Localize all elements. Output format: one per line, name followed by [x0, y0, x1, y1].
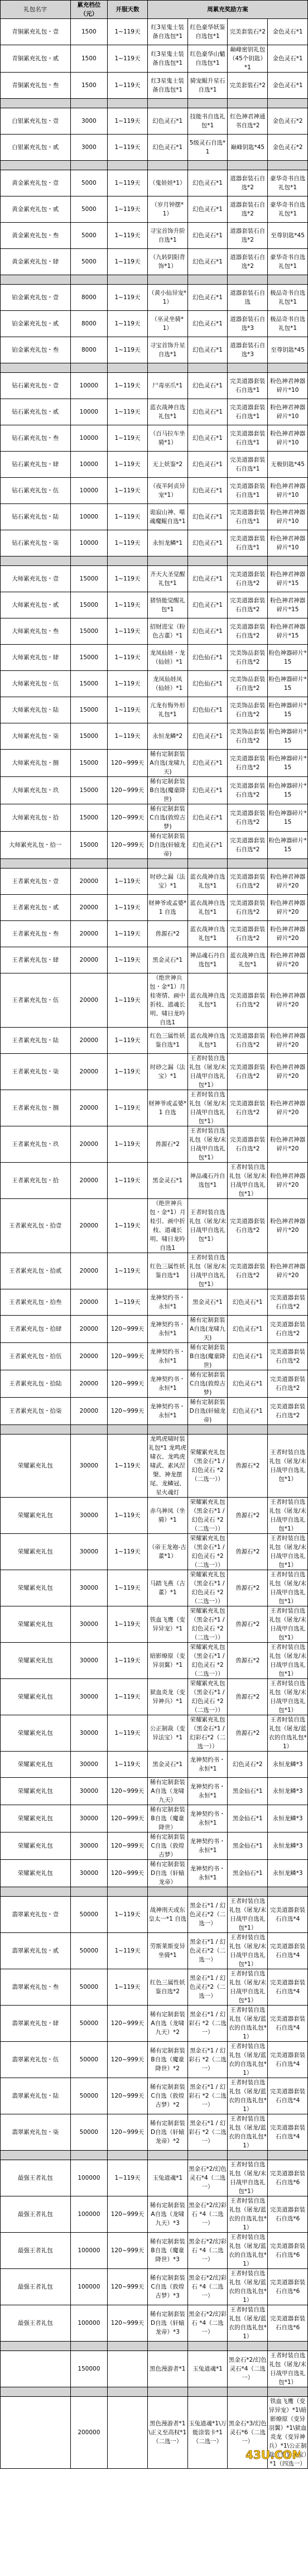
separator-cell [70, 2387, 108, 2397]
reward-1-cell: 招财进宝（粉色古董）*1 [147, 618, 187, 645]
package-name-cell: 荣耀累充礼包 [1, 1805, 71, 1833]
separator-cell [228, 2387, 268, 2397]
separator-cell [268, 2151, 308, 2160]
reward-4-cell: 粉色神君神器碎片*10 [268, 504, 308, 530]
reward-3-cell: 蓝衣战神自选礼包*1 [228, 947, 268, 973]
reward-3-cell: 幻色灵石*1 [228, 1370, 268, 1398]
reward-1-cell: 狱血炎龙（变异神兵）*1 [147, 1679, 187, 1715]
table-row: 翡翠累充礼包・壹500001~119天战神刑天或东皇太一*1 自选黑金石*1 /… [1, 1897, 308, 1933]
header-days: 开服天数 [108, 1, 148, 19]
reward-2-cell: 幻色灵石*1 [187, 425, 228, 452]
separator-cell [268, 1425, 308, 1435]
tier-amount-cell: 100000 [70, 2160, 108, 2196]
reward-4-cell: 粉色神君神器碎片*15 [268, 592, 308, 618]
table-row: 钻石累充礼包・伍100001~119天（夜半阿贞异宠*1）幻色灵石*1完美道器套… [1, 478, 308, 504]
reward-4-cell: 豪华奇书自选礼包*1 [268, 196, 308, 223]
tier-amount-cell: 50000 [70, 2078, 108, 2114]
server-days-cell: 1~119天 [108, 1570, 148, 1606]
package-name-cell: 大师累充礼包・肆 [1, 645, 71, 671]
reward-2-cell: 稀有定制套装C自选(敦煌古梦) [187, 1370, 228, 1398]
server-days-cell: 1~119天 [108, 1435, 148, 1498]
table-row: 荣耀累充礼包300001~119天狱血炎龙（变异神兵）*1荣耀累充礼包（黑金石*… [1, 1679, 308, 1715]
tier-amount-cell: 1500 [70, 45, 108, 73]
server-days-cell: 1~119天 [108, 399, 148, 425]
tier-amount-cell: 20000 [70, 869, 108, 895]
reward-2-cell: 幻色灵石*1 [187, 832, 228, 859]
reward-1-cell: 稀有定制套装D自选(轩辕龙帝) [147, 832, 187, 859]
reward-1-cell: 稀有定制套装C自选（敦煌古梦）*2 [147, 2078, 187, 2114]
tier-amount-cell: 100000 [70, 2269, 108, 2305]
reward-2-cell: 幻色灵石*1 [187, 592, 228, 618]
tier-amount-cell: 15000 [70, 777, 108, 804]
separator-cell [268, 557, 308, 566]
reward-4-cell: 永恒龙鳞*3 [268, 1833, 308, 1860]
group-separator-row [1, 363, 308, 373]
reward-2-cell: 荣耀累充礼包（黑金石*1 /幻色灵石 *2（二选一）） [187, 1679, 228, 1715]
reward-1-cell: （帝王龙袍-古董*1） [147, 1534, 187, 1570]
server-days-cell: 1~119天 [108, 108, 148, 135]
package-name-cell: 荣耀累充礼包 [1, 1833, 71, 1860]
reward-4-cell: 王者时装自选礼包（屠龙/末日战甲自选礼包*1） [268, 1435, 308, 1498]
server-days-cell: 1~119天 [108, 1715, 148, 1752]
tier-amount-cell: 5000 [70, 223, 108, 249]
reward-2-cell: 幻色灵石*1 [187, 249, 228, 275]
tier-amount-cell: 30000 [70, 1643, 108, 1679]
server-days-cell: 120~999天 [108, 832, 148, 859]
tier-amount-cell: 20000 [70, 1090, 108, 1126]
table-row: 钻石累充礼包・肆100001~119天无上妖鉴*2幻色灵石*1完美道器套装石自选… [1, 452, 308, 478]
tier-amount-cell: 3000 [70, 108, 108, 135]
reward-2-cell: 荣耀累充礼包（黑金石*1 /幻色灵石 *2（二选一）） [187, 1643, 228, 1679]
reward-4-cell: 粉色神君神器碎片*20 [268, 1163, 308, 1199]
tier-amount-cell: 8000 [70, 311, 108, 337]
tier-amount-cell: 50000 [70, 2042, 108, 2078]
table-row: 大师累充礼包・壹150001~119天齐天大圣觉醒礼包*1幻色灵石*1完美道器套… [1, 566, 308, 592]
reward-2-cell: 幻色灵石*1 [187, 723, 228, 750]
reward-4-cell: 永恒龙鳞*3 [268, 1778, 308, 1805]
reward-1-cell: 龙神契约书・永恒*1 [147, 1289, 187, 1316]
reward-3-cell: 王者时装自选礼包（屠龙/蓝衣的自选礼包*1） [228, 2233, 268, 2269]
reward-3-cell: 完美道器套装石自选*1 [228, 478, 268, 504]
reward-1-cell: 财神爷或孟婆*1 自选 [147, 1090, 187, 1126]
server-days-cell: 120~999天 [108, 2269, 148, 2305]
table-row: 王者累充礼包・伍200001~119天（绝世神兵包・金*1）月桂寄情、画中折枝、… [1, 973, 308, 1028]
reward-2-cell: 幻色灵石*1 [187, 223, 228, 249]
reward-4-cell: 粉色神君神器碎片*10 [268, 373, 308, 399]
table-row: 王者累充礼包・拾伍20000120~999天龙神契约书・永恒*1稀有定制套装B自… [1, 1343, 308, 1370]
table-row: 最强王者礼包1000001~119天玉兔道魂*1黑金石*2/幻色灵石*4（二选一… [1, 2160, 308, 2196]
reward-1-cell: 铁血飞鹰（变异异宠）*1 [147, 1606, 187, 1643]
server-days-cell: 1~119天 [108, 1163, 148, 1199]
reward-1-cell: 黑金灵石*1 [147, 947, 187, 973]
tier-amount-cell: 5000 [70, 170, 108, 196]
reward-3-cell: 完美道器套装石自选*2 [228, 895, 268, 921]
server-days-cell: 1~119天 [108, 223, 148, 249]
separator-cell [187, 859, 228, 869]
table-row: 大师累充礼包・叁150001~119天招财进宝（粉色古董）*1幻色灵石*1完美道… [1, 618, 308, 645]
separator-cell [187, 1887, 228, 1897]
tier-amount-cell: 20000 [70, 1316, 108, 1343]
tier-amount-cell: 15000 [70, 592, 108, 618]
separator-cell [70, 1887, 108, 1897]
group-separator-row [1, 99, 308, 108]
reward-2-cell: 龙神契约书・永恒*1 [187, 1778, 228, 1805]
separator-cell [108, 1887, 148, 1897]
reward-1-cell: （九转阴阳背饰*1） [147, 249, 187, 275]
package-name-cell: 黄金累充礼包・壹 [1, 170, 71, 196]
reward-1-cell: （岁月钟摆*1） [147, 196, 187, 223]
server-days-cell: 1~119天 [108, 1199, 148, 1253]
reward-3-cell: 黑金仙石*1 [228, 1778, 268, 1805]
separator-cell [108, 161, 148, 170]
reward-1-cell: 稀有定制套装A自选（龙啸九天） [147, 1778, 187, 1805]
reward-4-cell: 金色灵石*2 [268, 135, 308, 161]
reward-1-cell: 稀有定制套装D自选（轩辕龙帝）*2 [147, 2114, 187, 2151]
reward-1-cell: 红3星鬼士装备自选包*1 [147, 45, 187, 73]
tier-amount-cell: 100000 [70, 2305, 108, 2342]
package-name-cell: 大师累充礼包・陆 [1, 697, 71, 723]
reward-4-cell: 粉色神器碎片*15 [268, 777, 308, 804]
server-days-cell: 120~999天 [108, 1370, 148, 1398]
reward-1-cell: 兽源石*2 [147, 921, 187, 947]
table-row: 荣耀累充礼包30000120~999天稀有定制套装B自选（魔童降世）龙神契约书・… [1, 1805, 308, 1833]
reward-3-cell: 兽源石*2 [228, 1715, 268, 1752]
table-row: 青铜累充礼包・叁15001~119天红3星鬼士装备自选包*1骑宠鲲升星石自选*1… [1, 73, 308, 99]
package-name-cell: 翡翠累充礼包・柒 [1, 2114, 71, 2151]
reward-2-cell: 红色豪华妖鉴自选包*1 [187, 19, 228, 45]
separator-cell [187, 557, 228, 566]
tier-amount-cell: 200000 [70, 2397, 108, 2469]
reward-4-cell: 完美道器套装石自选*6 [268, 2233, 308, 2269]
reward-1-cell: 寻宝首饰升星自选*1 [147, 337, 187, 363]
tier-amount-cell: 30000 [70, 1435, 108, 1498]
table-row: 大师累充礼包・玖15000120~999天稀有定制套装B自选(魔童降世)幻色灵石… [1, 777, 308, 804]
package-name-cell: 王者累充礼包・伍 [1, 973, 71, 1028]
package-name-cell: 王者累充礼包・拾壹 [1, 1199, 71, 1253]
reward-4-cell: 粉色神君神器碎片*10 [268, 399, 308, 425]
reward-2-cell: 幻色灵石*1 [187, 478, 228, 504]
separator-cell [268, 859, 308, 869]
package-name-cell [1, 2397, 71, 2469]
package-name-cell: 最强王者礼包 [1, 2269, 71, 2305]
reward-1-cell: 幻色灵石*1 [147, 135, 187, 161]
package-name-cell: 王者累充礼包・拾贰 [1, 1253, 71, 1289]
reward-3-cell: 完美道器套装石自选*2 [228, 1054, 268, 1090]
tier-amount-cell: 100000 [70, 2233, 108, 2269]
reward-1-cell: （鬼娃娃*1） [147, 170, 187, 196]
reward-2-cell: 蓝衣战神自选礼包*1 [187, 1028, 228, 1054]
reward-4-cell: 粉色神君神器碎片*15 [268, 566, 308, 592]
reward-2-cell: 幻色灵石*1 [187, 285, 228, 311]
reward-2-cell: 荣耀累充礼包（黑金石*1 /幻色灵石 *2（二选一）） [187, 1435, 228, 1498]
reward-2-cell: 幻色灵石*1 [187, 452, 228, 478]
reward-2-cell: 玉兔道魂*1\万能涂装卡*1（二选一） [187, 2397, 228, 2469]
reward-2-cell: 荣耀累充礼包（黑金石*1 /幻色灵石 *2（二选一）） [187, 1534, 228, 1570]
separator-cell [108, 2342, 148, 2351]
table-body: 青铜累充礼包・壹15001~119天红3星鬼士装备自选包*1红色豪华妖鉴自选包*… [1, 19, 308, 2469]
reward-4-cell: 完美道器套装石自选*4 [268, 2114, 308, 2151]
table-row: 钻石累充礼包・柒100001~119天永恒龙鳞*1幻色灵石*1完美道器套装石自选… [1, 530, 308, 557]
table-row: 黄金累充礼包・壹50001~119天（鬼娃娃*1）幻色灵石*1道器套装石自选*2… [1, 170, 308, 196]
reward-3-cell: 黑金石*2/幻色灵石*4（二选一） [228, 2351, 268, 2387]
reward-3-cell: 巅峰钥匙*45 [228, 135, 268, 161]
server-days-cell: 120~999天 [108, 1398, 148, 1425]
reward-1-cell: 财神爷或孟婆*1 自选 [147, 895, 187, 921]
reward-4-cell: 粉色神君神器碎片*20 [268, 1054, 308, 1090]
package-name-cell: 翡翠累充礼包・壹 [1, 1897, 71, 1933]
reward-4-cell: 极品奇书自选礼包*1 [268, 285, 308, 311]
separator-cell [108, 2151, 148, 2160]
package-name-cell: 王者累充礼包・拾陆 [1, 1370, 71, 1398]
reward-1-cell: 永恒龙鳞*2 [147, 723, 187, 750]
reward-3-cell: 完美道器套装石自选*2 [228, 1253, 268, 1289]
tier-amount-cell: 20000 [70, 1370, 108, 1398]
reward-1-cell: 蓝衣战神自选礼包*1 [147, 399, 187, 425]
reward-2-cell: 王者时装自选礼包（屠龙/末日战甲自选礼包*1） [187, 1253, 228, 1289]
separator-cell [228, 363, 268, 373]
package-name-cell: 黄金累充礼包・肆 [1, 249, 71, 275]
reward-2-cell: 荣耀累充礼包（黑金石*1 /幻色灵石 *2（二选一）） [187, 1570, 228, 1606]
server-days-cell: 1~119天 [108, 1090, 148, 1126]
separator-cell [187, 1425, 228, 1435]
server-days-cell: 1~119天 [108, 1028, 148, 1054]
reward-3-cell: 完美道器套装石自选*2 [228, 1126, 268, 1163]
reward-3-cell: 完美道器套装石自选*1 [228, 504, 268, 530]
reward-3-cell: 完美道器套装石自选*2 [228, 921, 268, 947]
table-row: 大师累充礼包・陆150001~119天亢龙有悔外形礼包*1幻色仙石*1完美饰品套… [1, 697, 308, 723]
reward-3-cell: 完美道器套装石自选*1 [228, 399, 268, 425]
tier-amount-cell: 20000 [70, 1028, 108, 1054]
reward-1-cell: 稀有定制套装C自选(敦煌古梦) [147, 804, 187, 832]
reward-3-cell: 红色神君神通书自选*2 [228, 108, 268, 135]
reward-1-cell: 稀有定制套装C自选（敦煌古梦）*3 [147, 2269, 187, 2305]
separator-cell [108, 99, 148, 108]
tier-amount-cell: 15000 [70, 804, 108, 832]
separator-cell [268, 161, 308, 170]
tier-amount-cell: 10000 [70, 373, 108, 399]
table-header-row: 礼包名字 累充档位（元） 开服天数 周累充奖励方案 [1, 1, 308, 19]
reward-4-cell: 无极钥匙*45 [268, 452, 308, 478]
table-row: 荣耀累充礼包30000120~999天稀有定制套装A自选（龙啸九天）龙神契约书・… [1, 1778, 308, 1805]
separator-cell [70, 99, 108, 108]
reward-2-cell: 幻色灵石*1 [187, 399, 228, 425]
package-name-cell: 王者累充礼包・肆 [1, 947, 71, 973]
reward-3-cell: 完美套装石*2 [228, 19, 268, 45]
server-days-cell: 1~119天 [108, 1933, 148, 1969]
tier-amount-cell: 20000 [70, 973, 108, 1028]
reward-1-cell: 幻色灵石*1 [147, 108, 187, 135]
tier-amount-cell: 30000 [70, 1715, 108, 1752]
server-days-cell: 1~119天 [108, 452, 148, 478]
separator-cell [147, 99, 187, 108]
reward-4-cell: 完美道器套装石自选*6 [268, 2305, 308, 2342]
tier-amount-cell: 20000 [70, 1199, 108, 1253]
package-name-cell: 铂金累充礼包・壹 [1, 285, 71, 311]
tier-amount-cell: 15000 [70, 645, 108, 671]
table-row: 翡翠累充礼包・贰500001~119天劳斯莱斯变异坐骑*1黑金石*1 / 幻色灵… [1, 1933, 308, 1969]
separator-cell [70, 557, 108, 566]
server-days-cell: 120~999天 [108, 2078, 148, 2114]
reward-3-cell: 幻色灵石*1 [228, 1316, 268, 1343]
reward-1-cell: （黄小仙异宠*1） [147, 285, 187, 311]
reward-2-cell: 幻色灵石*1 [187, 196, 228, 223]
package-name-cell: 荣耀累充礼包 [1, 1643, 71, 1679]
reward-1-cell: 龙凤仙娃・龙（仙娃）*1 [147, 645, 187, 671]
table-row: 翡翠累充礼包・叁500001~119天红色三属性妖鉴自选*2黑金石*1 / 幻色… [1, 1969, 308, 2006]
reward-2-cell: 黑金石*1 / 幻色灵石*2（二选一） [187, 1933, 228, 1969]
table-row: 翡翠累充礼包・伍50000120~999天稀有定制套装B自选（魔童降世）*2黑金… [1, 2042, 308, 2078]
table-row: 王者累充礼包・叁200001~119天兽源石*2蓝衣战神自选礼包*1完美道器套装… [1, 921, 308, 947]
tier-amount-cell: 30000 [70, 1752, 108, 1778]
package-name-cell: 王者累充礼包・玖 [1, 1126, 71, 1163]
tier-amount-cell: 20000 [70, 1343, 108, 1370]
reward-2-cell: 幻色灵石*1 [187, 750, 228, 777]
server-days-cell: 1~119天 [108, 671, 148, 697]
reward-4-cell: 粉色神器碎片*15 [268, 804, 308, 832]
server-days-cell: 120~999天 [108, 2114, 148, 2151]
server-days-cell: 1~119天 [108, 1126, 148, 1163]
reward-3-cell: 完美道器套装石自选*2 [228, 804, 268, 832]
table-row: 王者累充礼包・拾壹200001~119天（绝世神兵包・金*1）月桂引、画中折枝、… [1, 1199, 308, 1253]
reward-3-cell: 道器套装石自选*2 [228, 170, 268, 196]
tier-amount-cell: 50000 [70, 2006, 108, 2042]
reward-3-cell: 兽源石*2 [228, 1679, 268, 1715]
table-row: 大师累充礼包・伍150001~119天龙凤仙娃凤（仙娃）*1幻色仙石*1完美饰品… [1, 671, 308, 697]
server-days-cell: 1~119天 [108, 170, 148, 196]
group-separator-row [1, 161, 308, 170]
reward-4-cell: 粉色神君神器碎片*20 [268, 895, 308, 921]
reward-1-cell: 稀有定制套装A自选(龙啸九天) [147, 750, 187, 777]
reward-4-cell: 金色灵石*1 [268, 19, 308, 45]
reward-4-cell: 王者时装自选礼包（屠龙/蓝衣的自选礼包*1） [268, 1715, 308, 1752]
reward-4-cell: 完美道器套装石自选*2 [268, 1398, 308, 1425]
package-name-cell: 荣耀累充礼包 [1, 1679, 71, 1715]
reward-3-cell: 完美道器套装石自选*1 [228, 373, 268, 399]
reward-1-cell: 红3星鬼士装备自选包*1 [147, 19, 187, 45]
table-row: 荣耀累充礼包30000120~999天稀有定制套装D自选（轩辕龙帝）龙神契约书・… [1, 1860, 308, 1887]
server-days-cell: 120~999天 [108, 1833, 148, 1860]
reward-2-cell: 蓝衣战神自选礼包*1 [187, 973, 228, 1028]
reward-1-cell: 龙鸣虎啸时装礼包*1 龙鸣虎啸衣、龙鸣虎啸武、素风涅槃、神龙摆尾、龙鳞冠、星火魂… [147, 1435, 187, 1498]
package-name-cell: 大师累充礼包・伍 [1, 671, 71, 697]
reward-3-cell: 完美道器套装石自选*2 [228, 1090, 268, 1126]
reward-2-cell: 黑金石*2/幻彩石 *4（二选一） [187, 2233, 228, 2269]
package-name-cell: 王者累充礼包・拾伍 [1, 1343, 71, 1370]
package-name-cell: 荣耀累充礼包 [1, 1498, 71, 1534]
table-row: 王者累充礼包・柒200001~119天时砂之漏（法宝）*1王者时装自选礼包（屠龙… [1, 1054, 308, 1090]
separator-cell [1, 557, 71, 566]
package-name-cell: 白银累充礼包・贰 [1, 135, 71, 161]
table-row: 黄金累充礼包・肆50001~119天（九转阴阳背饰*1）幻色灵石*1道器套装石自… [1, 249, 308, 275]
server-days-cell: 1~119天 [108, 973, 148, 1028]
table-row: 荣耀累充礼包300001~119天暗影燎原（变异羽翼）*1荣耀累充礼包（黑金石*… [1, 1643, 308, 1679]
reward-2-cell: 幻色仙石*1 [187, 645, 228, 671]
reward-4-cell: 完美道器套装石自选*2 [268, 1370, 308, 1398]
table-row: 王者累充礼包・拾贰200001~119天红色三属性妖鉴自选*1王者时装自选礼包（… [1, 1253, 308, 1289]
reward-4-cell: 王者时装自选礼包（屠龙/末日战甲自选礼包*1） [268, 2351, 308, 2387]
reward-2-cell: 荣耀累充礼包（黑金石*1 /幻色灵石 *2（二选一）） [187, 1498, 228, 1534]
reward-1-cell: 黑金灵石*1 [147, 1752, 187, 1778]
reward-4-cell: 极品奇书自选礼包*1 [268, 311, 308, 337]
reward-2-cell: 幻色灵石*1 [187, 530, 228, 557]
reward-4-cell: 完美道器套装石自选*6 [268, 2160, 308, 2196]
reward-3-cell: 王者时装自选礼包（屠龙/末日战甲自选礼包*1） [228, 1969, 268, 2006]
reward-3-cell: 完美道器套装石自选*2 [228, 592, 268, 618]
separator-cell [1, 2387, 71, 2397]
separator-cell [70, 859, 108, 869]
separator-cell [228, 275, 268, 285]
reward-1-cell: 亢龙有悔外形礼包*1 [147, 697, 187, 723]
reward-4-cell: 粉色神君神器碎片*20 [268, 869, 308, 895]
package-name-cell: 王者累充礼包・柒 [1, 1054, 71, 1090]
tier-amount-cell: 100000 [70, 2196, 108, 2233]
reward-3-cell: 兽源石*2 [228, 1643, 268, 1679]
table-row: 最强王者礼包100000120~999天稀有定制套装B自选（魔童降世）*3黑金石… [1, 2233, 308, 2269]
server-days-cell: 1~119天 [108, 19, 148, 45]
reward-4-cell: 粉色神君神器碎片*15 [268, 618, 308, 645]
package-name-cell: 铂金累充礼包・叁 [1, 337, 71, 363]
reward-3-cell: 王者时装自选礼包（屠龙/蓝衣的自选礼包*1） [228, 2114, 268, 2151]
table-row: 黄金累充礼包・叁50001~119天寻宝首饰升阶自选*1幻色灵石*1道器套装石自… [1, 223, 308, 249]
reward-4-cell: 完美道器套装石自选*4 [268, 2006, 308, 2042]
server-days-cell: 1~119天 [108, 1969, 148, 2006]
table-row: 白银累充礼包・贰30001~119天幻色灵石*15级灵石自选*1巅峰钥匙*45金… [1, 135, 308, 161]
server-days-cell: 120~999天 [108, 2233, 148, 2269]
reward-2-cell: 幻色仙石*1 [187, 671, 228, 697]
server-days-cell: 120~999天 [108, 1316, 148, 1343]
server-days-cell: 1~119天 [108, 196, 148, 223]
package-name-cell: 王者累充礼包・叁 [1, 921, 71, 947]
tier-amount-cell: 30000 [70, 1570, 108, 1606]
table-row: 150000黑色漫游者*1玉兔道魂*1黑金石*2/幻色灵石*4（二选一）王者时装… [1, 2351, 308, 2387]
tier-amount-cell: 10000 [70, 530, 108, 557]
separator-cell [147, 1425, 187, 1435]
separator-cell [147, 2151, 187, 2160]
separator-cell [108, 2387, 148, 2397]
reward-1-cell: （巫灵坐骑*1） [147, 311, 187, 337]
server-days-cell: 120~999天 [108, 1805, 148, 1833]
tier-amount-cell: 15000 [70, 618, 108, 645]
reward-3-cell: 王者时装自选礼包（屠龙/末日战甲自选礼包*1） [228, 1933, 268, 1969]
package-name-cell: 最强王者礼包 [1, 2196, 71, 2233]
server-days-cell: 120~999天 [108, 2196, 148, 2233]
header-tier: 累充档位（元） [70, 1, 108, 19]
reward-4-cell: 完美道器套装石自选*4 [268, 1933, 308, 1969]
separator-cell [108, 557, 148, 566]
server-days-cell: 1~119天 [108, 1534, 148, 1570]
server-days-cell: 1~119天 [108, 618, 148, 645]
reward-4-cell: 王者时装自选礼包（屠龙/末日战甲自选礼包*1） [268, 1679, 308, 1715]
reward-1-cell: （绝世神兵包・金*1）月桂引、画中折枝、道魂长明、啸日龙吟自选1 [147, 1199, 187, 1253]
separator-cell [108, 859, 148, 869]
tier-amount-cell: 10000 [70, 425, 108, 452]
reward-4-cell: 粉色神器碎片*15 [268, 645, 308, 671]
package-name-cell: 钻石累充礼包・叁 [1, 425, 71, 452]
server-days-cell: 1~119天 [108, 592, 148, 618]
reward-1-cell: 劳斯莱斯变异坐骑*1 [147, 1933, 187, 1969]
package-name-cell: 大师累充礼包・拾一 [1, 832, 71, 859]
table-row: 大师累充礼包・拾15000120~999天稀有定制套装C自选(敦煌古梦)幻色灵石… [1, 804, 308, 832]
package-name-cell: 大师累充礼包・贰 [1, 592, 71, 618]
table-row: 黄金累充礼包・贰50001~119天（岁月钟摆*1）幻色灵石*1道器套装石自选*… [1, 196, 308, 223]
package-name-cell: 王者累充礼包・壹 [1, 869, 71, 895]
server-days-cell: 1~119天 [108, 73, 148, 99]
tier-amount-cell: 20000 [70, 895, 108, 921]
reward-2-cell: 黑金石*1 / 幻彩石 *2（二选一） [187, 2042, 228, 2078]
reward-1-cell: 黑色漫游者*1 [147, 2351, 187, 2387]
reward-4-cell: 完美道器套装石自选*4 [268, 2078, 308, 2114]
table-row: 荣耀累充礼包300001~119天龙鸣虎啸时装礼包*1 龙鸣虎啸衣、龙鸣虎啸武、… [1, 1435, 308, 1498]
